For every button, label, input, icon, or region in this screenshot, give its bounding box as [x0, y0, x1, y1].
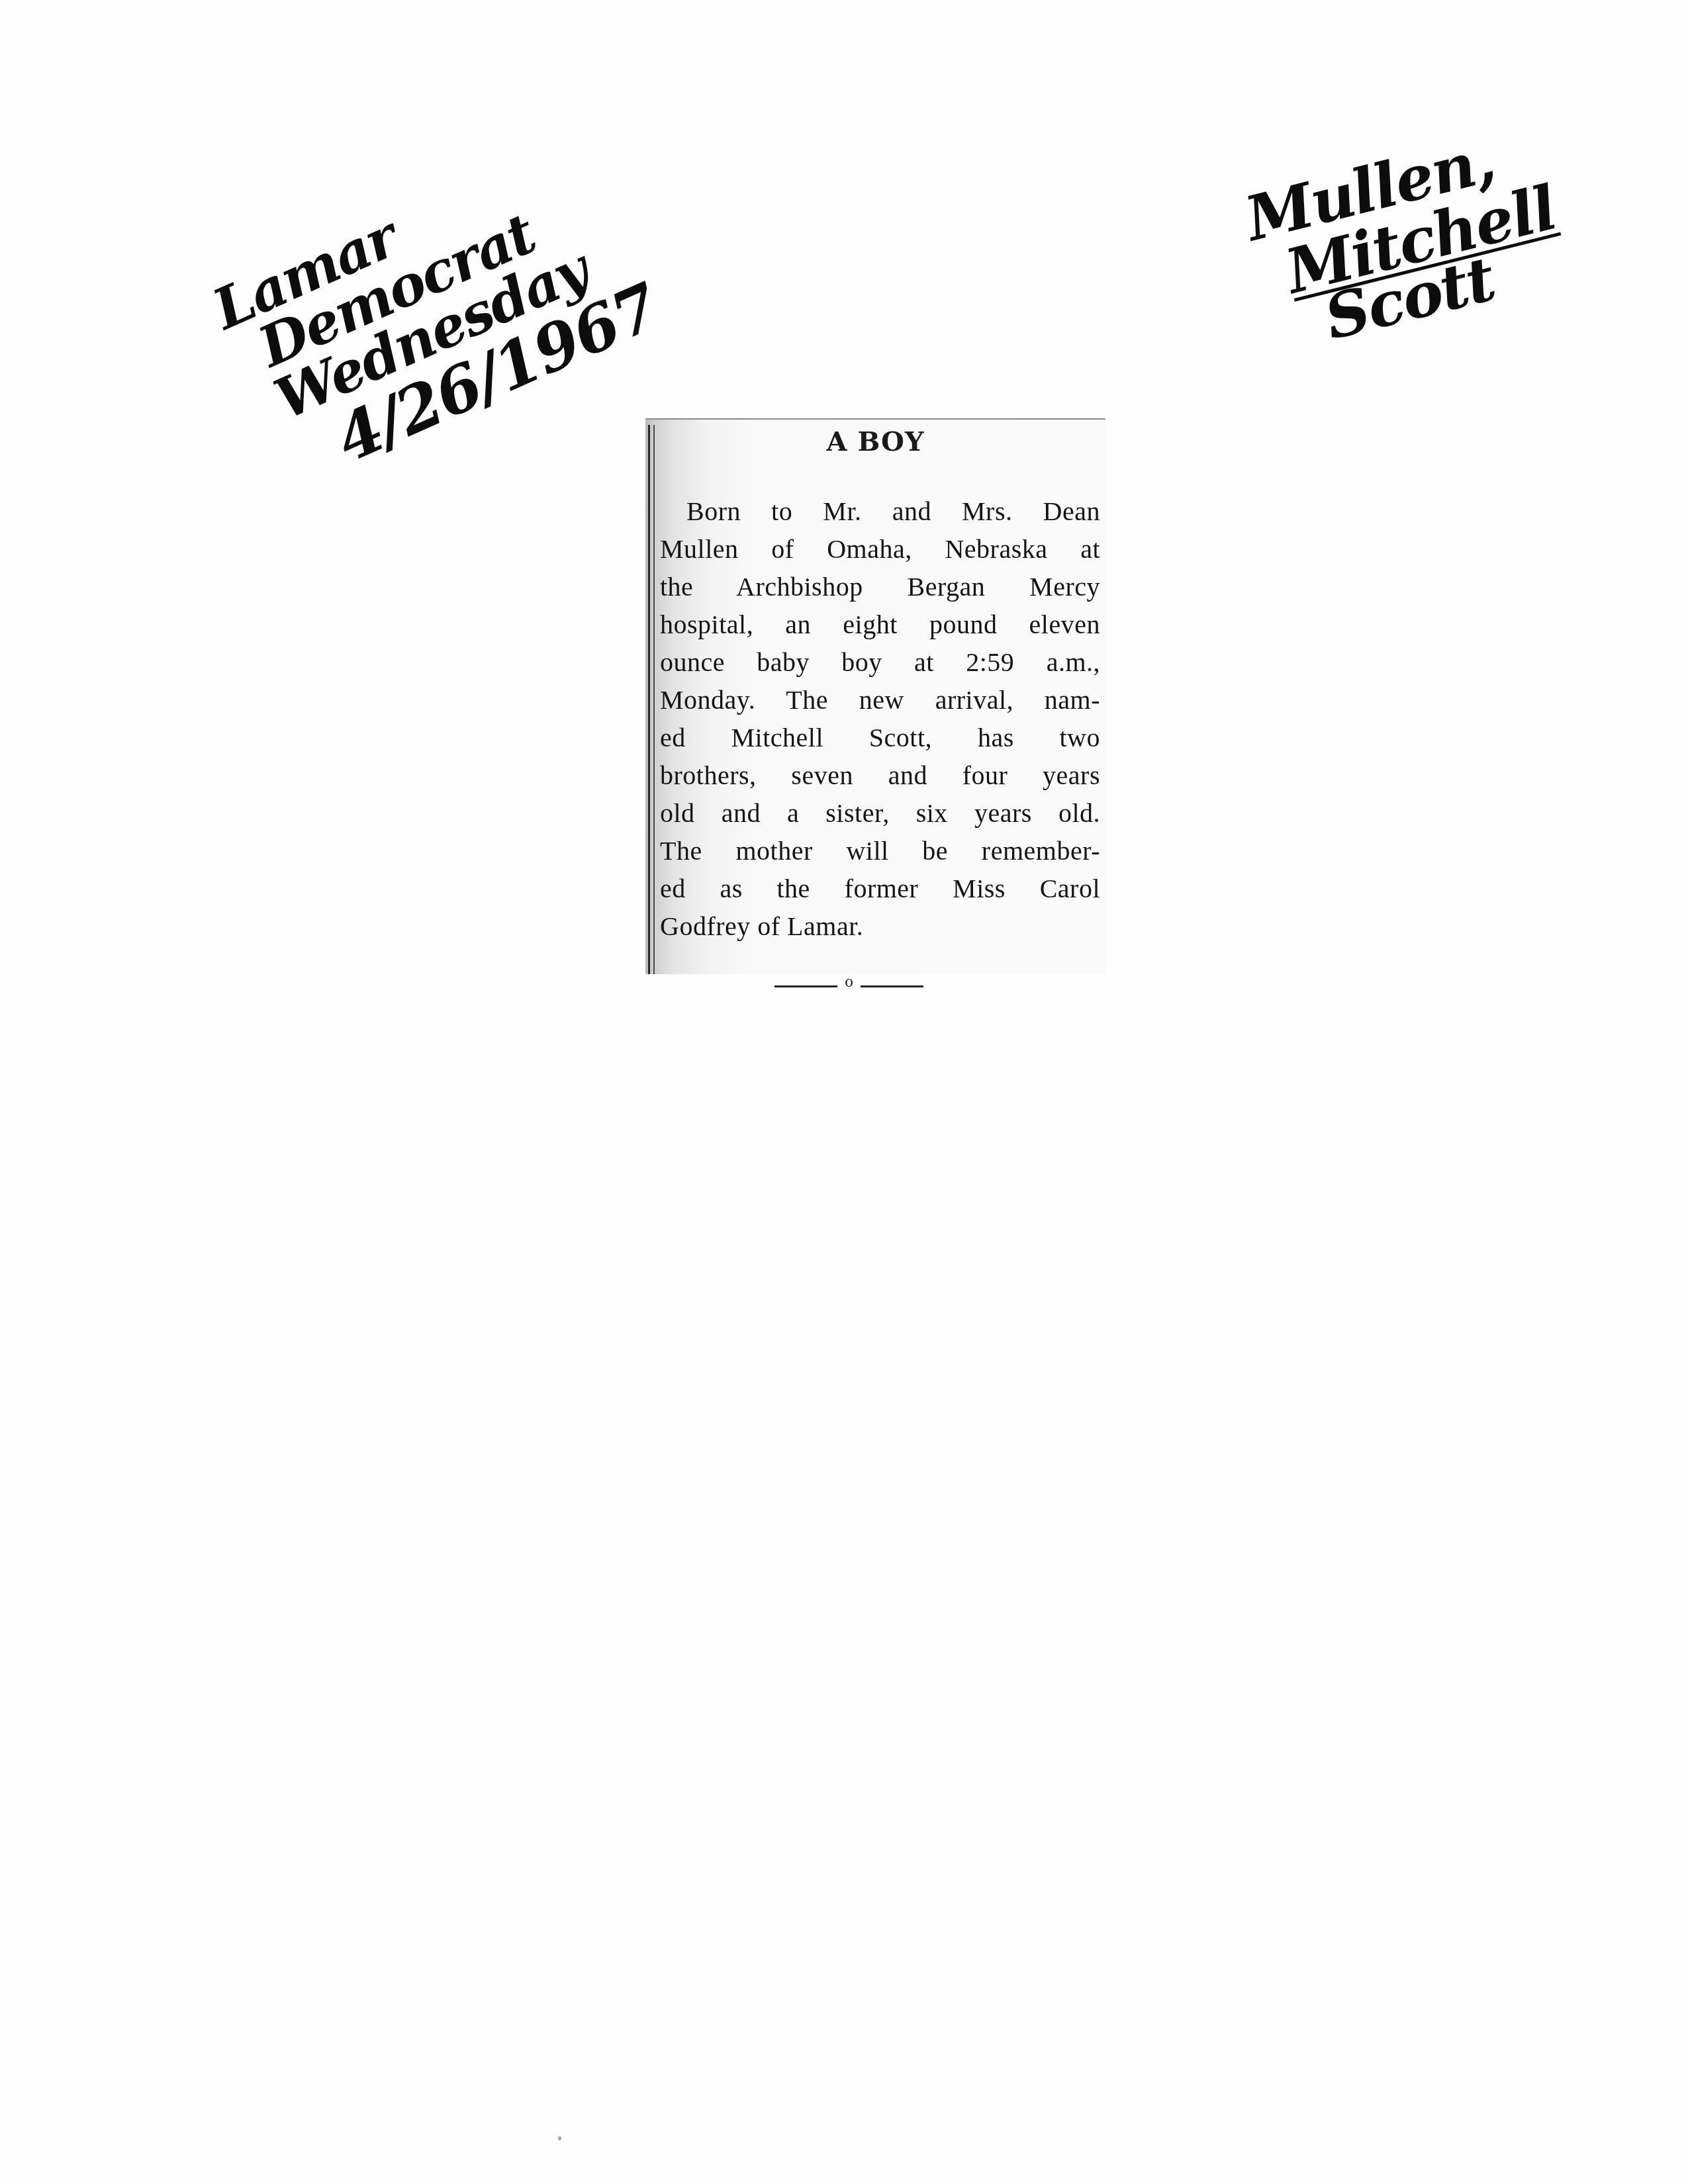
clipping-body: Born to Mr. and Mrs. Dean Mullen of Omah… — [660, 492, 1100, 945]
body-line: old and a sister, six years old. — [660, 794, 1100, 832]
separator-ornament: o — [845, 974, 853, 991]
newspaper-clipping: A BOY Born to Mr. and Mrs. Dean Mullen o… — [645, 418, 1105, 974]
body-line: The mother will be remember- — [660, 832, 1100, 870]
body-line: brothers, seven and four years — [660, 756, 1100, 794]
body-line: ed as the former Miss Carol — [660, 870, 1100, 907]
separator-bar-left — [774, 985, 837, 987]
body-line: ounce baby boy at 2:59 a.m., — [660, 643, 1100, 681]
body-line: Mullen of Omaha, Nebraska at — [660, 530, 1100, 568]
body-line: Godfrey of Lamar. — [660, 907, 1100, 945]
handwritten-source-note: Lamar Democrat Wednesday 4/26/1967 — [206, 136, 669, 565]
separator-bar-right — [861, 985, 923, 987]
scan-speck — [558, 2136, 561, 2140]
clipping-headline: A BOY — [645, 426, 1105, 457]
column-rule — [648, 425, 655, 974]
body-line: Monday. The new arrival, nam- — [660, 681, 1100, 719]
body-line: Born to Mr. and Mrs. Dean — [660, 492, 1100, 530]
body-line: ed Mitchell Scott, has two — [660, 719, 1100, 756]
body-line: the Archbishop Bergan Mercy — [660, 568, 1100, 606]
article-separator: o — [774, 978, 923, 991]
handwritten-name-note: Mullen, Mitchell Scott — [1222, 91, 1620, 432]
body-line: hospital, an eight pound eleven — [660, 606, 1100, 643]
